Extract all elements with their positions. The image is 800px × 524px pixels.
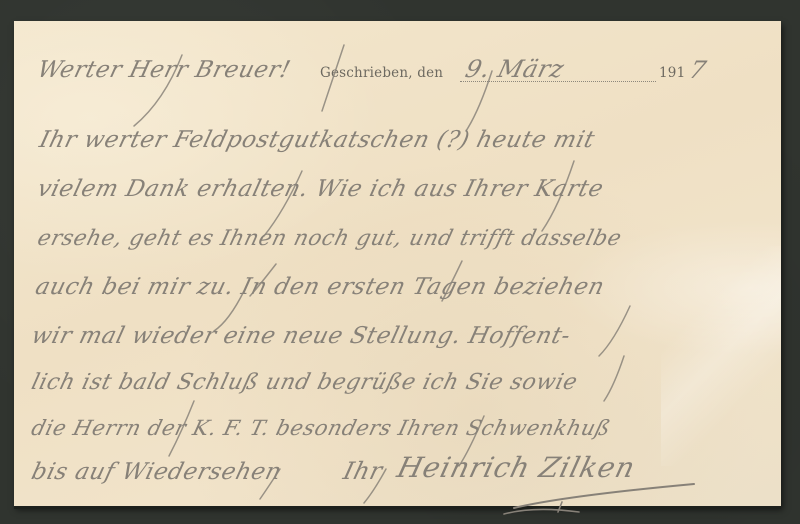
script-descenders bbox=[14, 21, 781, 506]
postcard: Werter Herr Breuer! Geschrieben, den 9. … bbox=[14, 21, 781, 506]
